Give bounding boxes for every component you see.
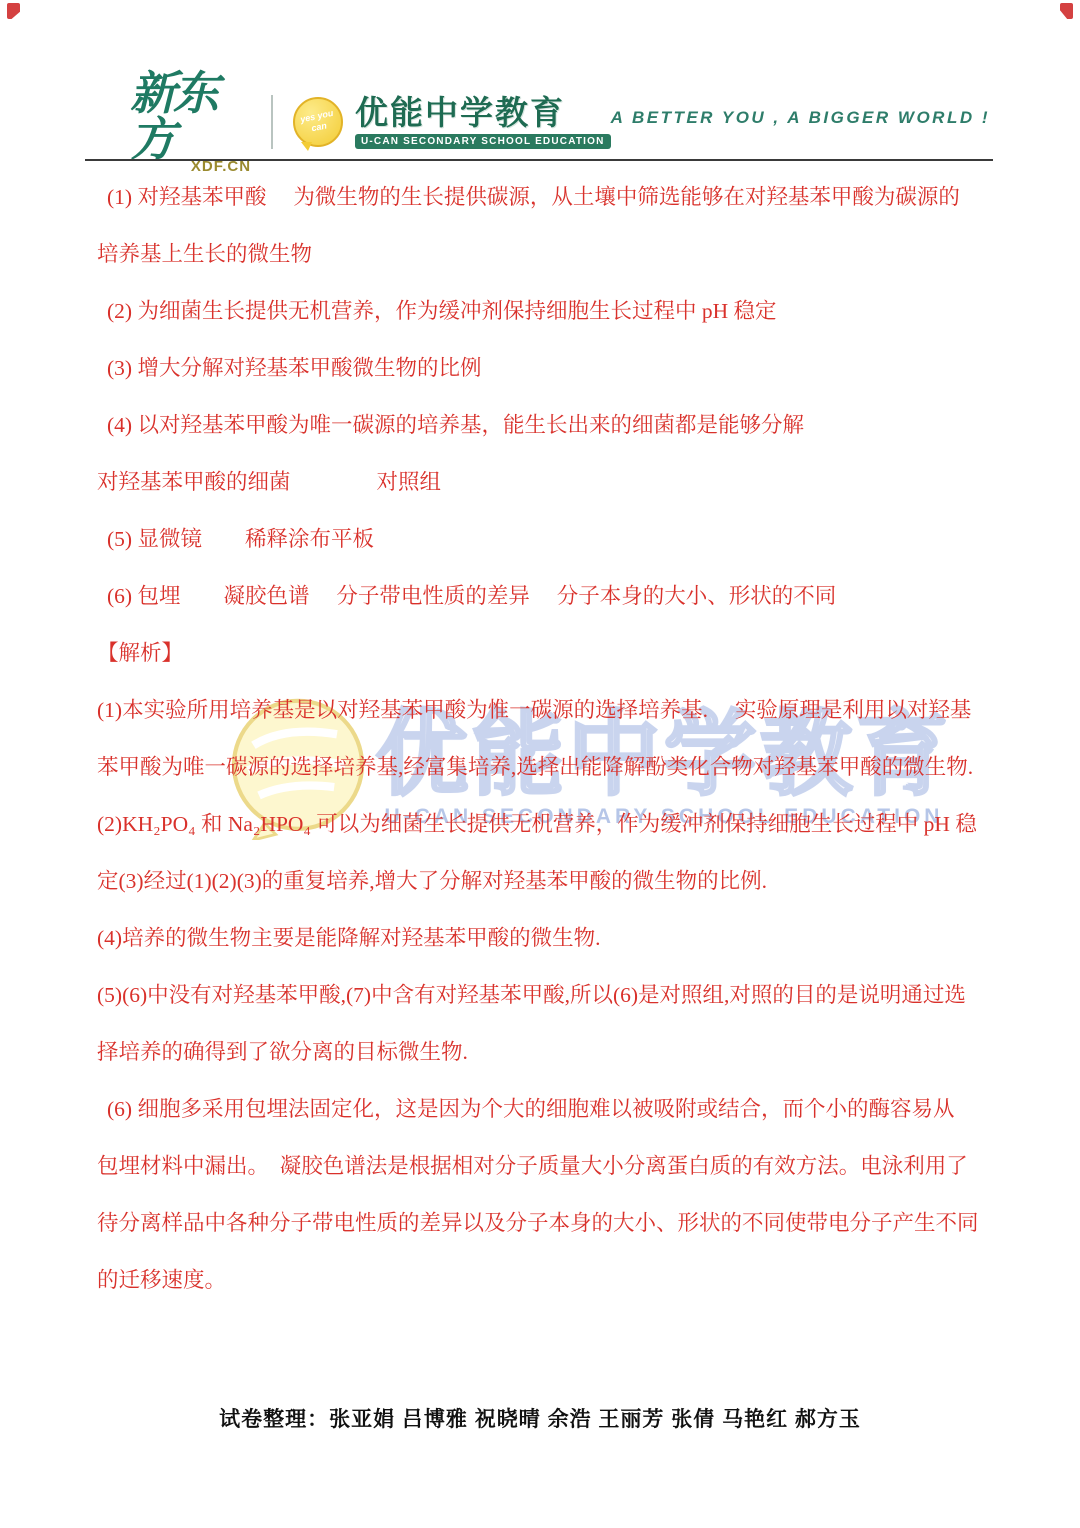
analysis-line-4-cont: 择培养的确得到了欲分离的目标微生物.: [97, 1024, 1002, 1081]
answer-line-2: (2) 为细菌生长提供无机营养，作为缓冲剂保持细胞生长过程中 pH 稳定: [97, 283, 1002, 340]
analysis-line-5: (6) 细胞多采用包埋法固定化，这是因为个大的细胞难以被吸附或结合，而个小的酶容…: [97, 1081, 1002, 1138]
document-page: 新东方 XDF.CN yes you can 优能中学教育 U-CAN SECO…: [0, 0, 1080, 1528]
paper-compilers-credit: 试卷整理：张亚娟 吕博雅 祝晓晴 余浩 王丽芳 张倩 马艳红 郝方玉: [0, 1403, 1080, 1433]
answer-line-6: (6) 包埋 凝胶色谱 分子带电性质的差异 分子本身的大小、形状的不同: [97, 568, 1002, 625]
answer-line-1-cont: 培养基上生长的微生物: [97, 226, 1002, 283]
answer-line-4: (4) 以对羟基苯甲酸为唯一碳源的培养基，能生长出来的细菌都是能够分解: [97, 397, 1002, 454]
page-header: 新东方 XDF.CN yes you can 优能中学教育 U-CAN SECO…: [130, 82, 990, 162]
analysis-heading: 【解析】: [97, 625, 1002, 682]
answer-line-3: (3) 增大分解对羟基苯甲酸微生物的比例: [97, 340, 1002, 397]
ucan-badge-icon: yes you can: [293, 97, 343, 147]
brand-tagline: A BETTER YOU , A BIGGER WORLD !: [611, 108, 990, 128]
analysis-line-1-cont: 苯甲酸为唯一碳源的选择培养基,经富集培养,选择出能降解酚类化合物对羟基苯甲酸的微…: [97, 739, 1002, 796]
analysis-line-2: (2)KH₂PO₄ 和 Na₂HPO₄ 可以为细菌生长提供无机营养，作为缓冲剂保…: [97, 796, 1002, 853]
answer-line-5: (5) 显微镜 稀释涂布平板: [97, 511, 1002, 568]
scan-artifact-top-left: [7, 3, 20, 19]
answer-line-1: (1) 对羟基苯甲酸 为微生物的生长提供碳源，从土壤中筛选能够在对羟基苯甲酸为碳…: [97, 169, 1002, 226]
analysis-line-4: (5)(6)中没有对羟基苯甲酸,(7)中含有对羟基苯甲酸,所以(6)是对照组,对…: [97, 967, 1002, 1024]
answer-line-4-cont: 对羟基苯甲酸的细菌 对照组: [97, 454, 1002, 511]
logo-divider: [271, 95, 273, 149]
ucan-logo-subtitle: U-CAN SECONDARY SCHOOL EDUCATION: [355, 134, 611, 149]
analysis-line-5-cont3: 的迁移速度。: [97, 1252, 1002, 1309]
analysis-line-3: (4)培养的微生物主要是能降解对羟基苯甲酸的微生物.: [97, 910, 1002, 967]
answer-and-analysis-text: (1) 对羟基苯甲酸 为微生物的生长提供碳源，从土壤中筛选能够在对羟基苯甲酸为碳…: [97, 169, 1002, 1309]
ucan-logo-text: 优能中学教育: [355, 95, 611, 131]
analysis-line-5-cont1: 包埋材料中漏出。 凝胶色谱法是根据相对分子质量大小分离蛋白质的有效方法。电泳利用…: [97, 1138, 1002, 1195]
analysis-line-1: (1)本实验所用培养基是以对羟基苯甲酸为惟一碳源的选择培养基. 实验原理是利用以…: [97, 682, 1002, 739]
header-divider-line: [85, 159, 993, 161]
ucan-badge-text: yes you can: [299, 108, 337, 136]
ucan-logo: 优能中学教育 U-CAN SECONDARY SCHOOL EDUCATION: [355, 95, 611, 149]
xdf-logo-text: 新东方: [130, 70, 251, 162]
analysis-line-2-cont: 定(3)经过(1)(2)(3)的重复培养,增大了分解对羟基苯甲酸的微生物的比例.: [97, 853, 1002, 910]
analysis-line-5-cont2: 待分离样品中各种分子带电性质的差异以及分子本身的大小、形状的不同使带电分子产生不…: [97, 1195, 1002, 1252]
scan-artifact-top-right: [1060, 3, 1073, 19]
